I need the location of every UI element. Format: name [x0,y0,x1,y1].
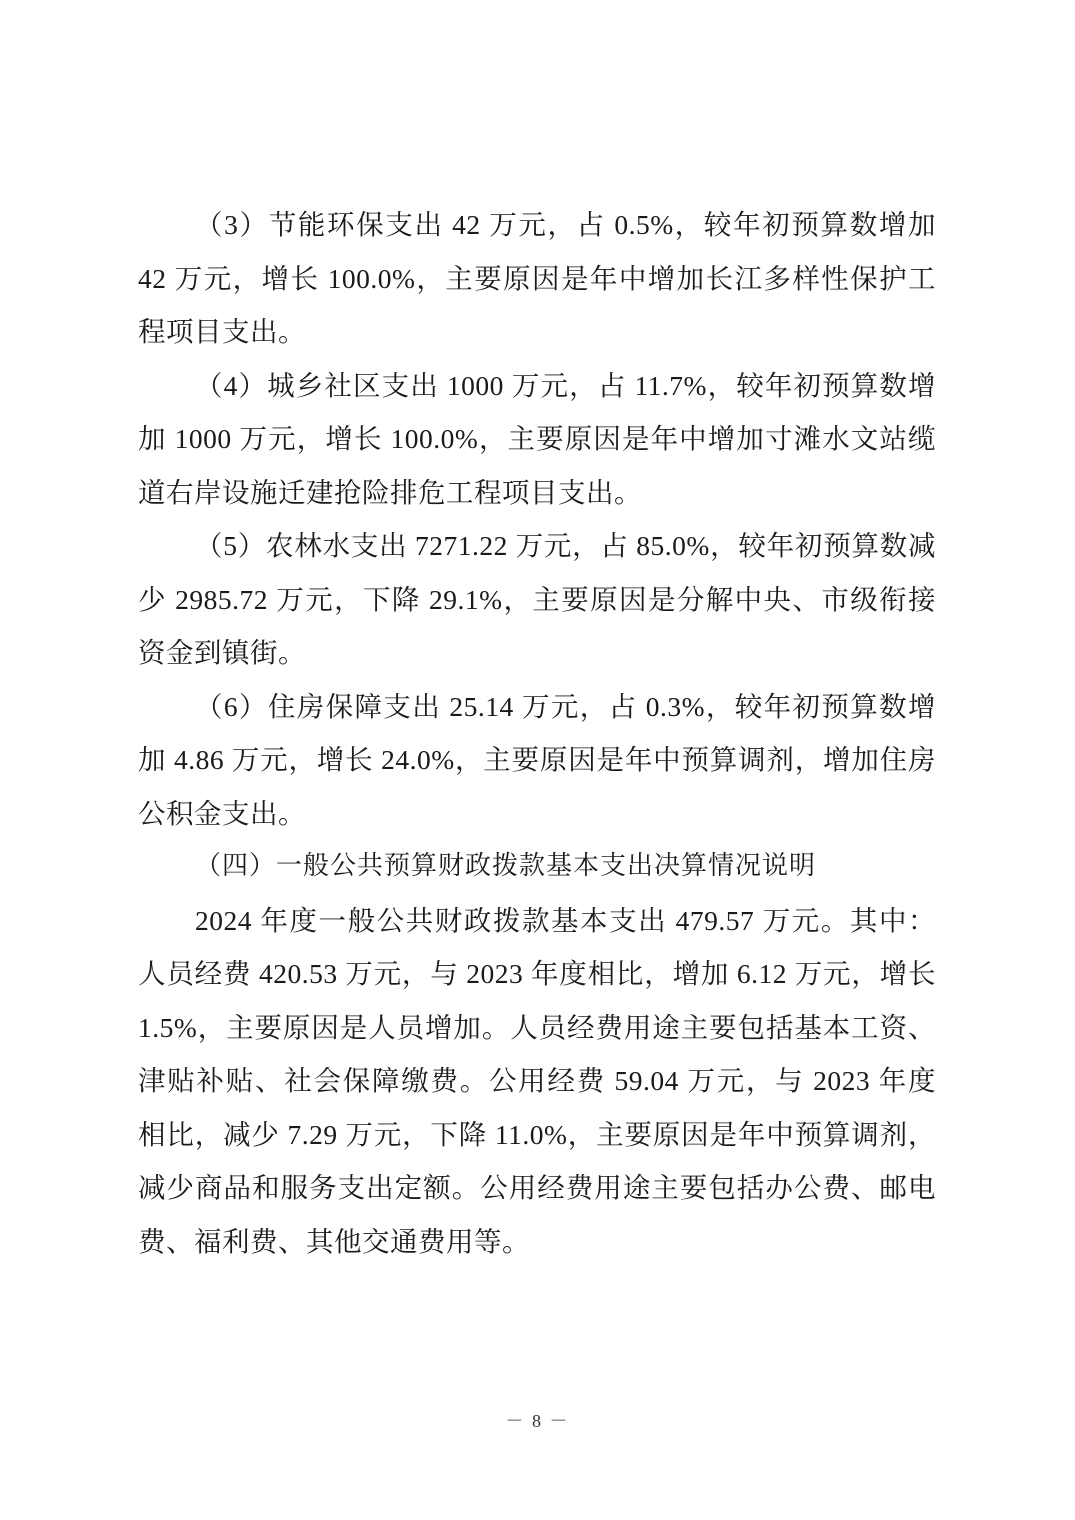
text-line: 1.5%，主要原因是人员增加。人员经费用途主要包括基本工资、 [138,1001,936,1055]
text-line: （3）节能环保支出 42 万元，占 0.5%，较年初预算数增加 [138,198,936,252]
text-line: 人员经费 420.53 万元，与 2023 年度相比，增加 6.12 万元，增长 [138,947,936,1001]
text-line: 道右岸设施迁建抢险排危工程项目支出。 [138,466,936,520]
text-line: 少 2985.72 万元，下降 29.1%，主要原因是分解中央、市级衔接 [138,573,936,627]
text-line: 津贴补贴、社会保障缴费。公用经费 59.04 万元，与 2023 年度 [138,1054,936,1108]
document-body: （3）节能环保支出 42 万元，占 0.5%，较年初预算数增加 42 万元，增长… [138,198,936,1268]
paragraph-item-3: （3）节能环保支出 42 万元，占 0.5%，较年初预算数增加 42 万元，增长… [138,198,936,359]
text-line: 公积金支出。 [138,787,936,841]
paragraph-item-4: （4）城乡社区支出 1000 万元，占 11.7%，较年初预算数增 加 1000… [138,359,936,520]
text-line: 加 4.86 万元，增长 24.0%，主要原因是年中预算调剂，增加住房 [138,733,936,787]
paragraph-basic-expenditure: 2024 年度一般公共财政拨款基本支出 479.57 万元。其中： 人员经费 4… [138,894,936,1269]
section-heading: （四）一般公共预算财政拨款基本支出决算情况说明 [138,840,936,894]
document-page: （3）节能环保支出 42 万元，占 0.5%，较年初预算数增加 42 万元，增长… [0,0,1075,1520]
text-line: （4）城乡社区支出 1000 万元，占 11.7%，较年初预算数增 [138,359,936,413]
paragraph-item-6: （6）住房保障支出 25.14 万元，占 0.3%，较年初预算数增 加 4.86… [138,680,936,841]
text-line: 相比，减少 7.29 万元，下降 11.0%，主要原因是年中预算调剂， [138,1108,936,1162]
text-line: 加 1000 万元，增长 100.0%，主要原因是年中增加寸滩水文站缆 [138,412,936,466]
text-line: （6）住房保障支出 25.14 万元，占 0.3%，较年初预算数增 [138,680,936,734]
text-line: （5）农林水支出 7271.22 万元，占 85.0%，较年初预算数减 [138,519,936,573]
page-number: － 8 － [0,1407,1075,1433]
text-line: 费、福利费、其他交通费用等。 [138,1215,936,1269]
text-line: 2024 年度一般公共财政拨款基本支出 479.57 万元。其中： [138,894,936,948]
text-line: 减少商品和服务支出定额。公用经费用途主要包括办公费、邮电 [138,1161,936,1215]
text-line: 42 万元，增长 100.0%，主要原因是年中增加长江多样性保护工 [138,252,936,306]
paragraph-item-5: （5）农林水支出 7271.22 万元，占 85.0%，较年初预算数减 少 29… [138,519,936,680]
text-line: 资金到镇街。 [138,626,936,680]
text-line: 程项目支出。 [138,305,936,359]
